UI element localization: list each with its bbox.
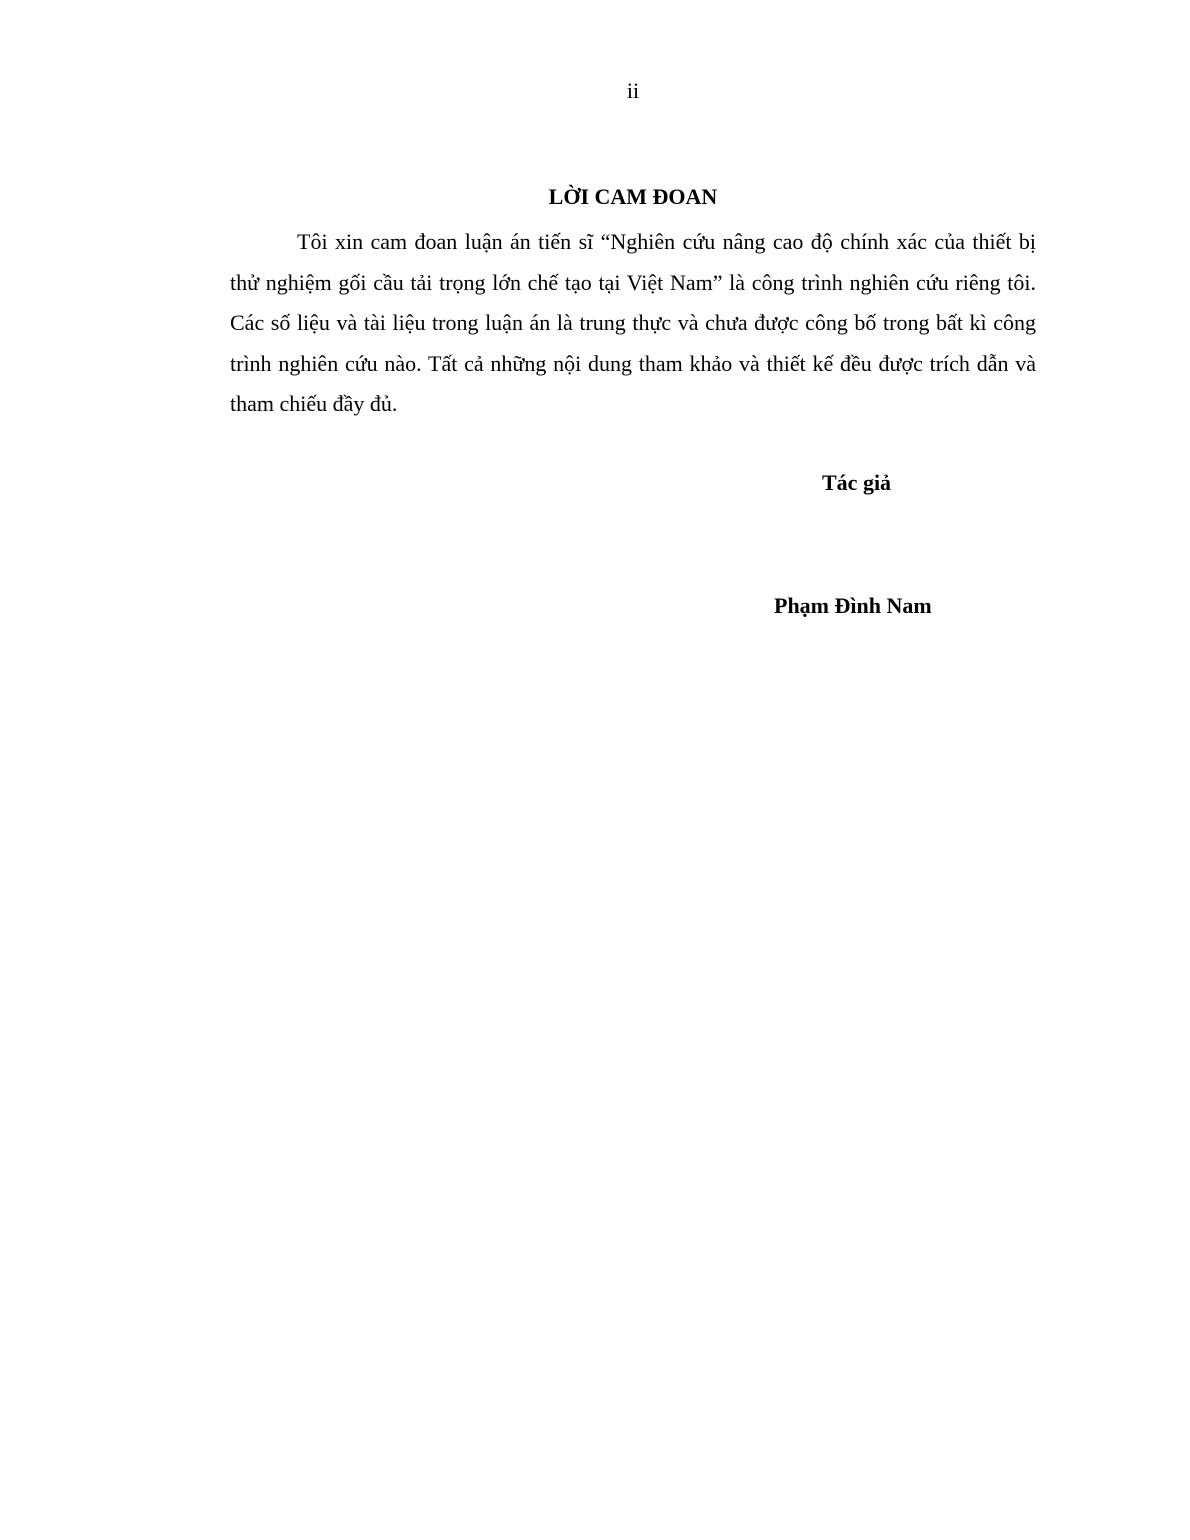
- author-name: Phạm Đình Nam: [774, 592, 932, 620]
- signature-role: Tác giả: [822, 469, 891, 497]
- document-title: LỜI CAM ĐOAN: [230, 183, 1036, 211]
- declaration-paragraph: Tôi xin cam đoan luận án tiến sĩ “Nghiên…: [230, 222, 1036, 425]
- page-number: ii: [0, 78, 1190, 104]
